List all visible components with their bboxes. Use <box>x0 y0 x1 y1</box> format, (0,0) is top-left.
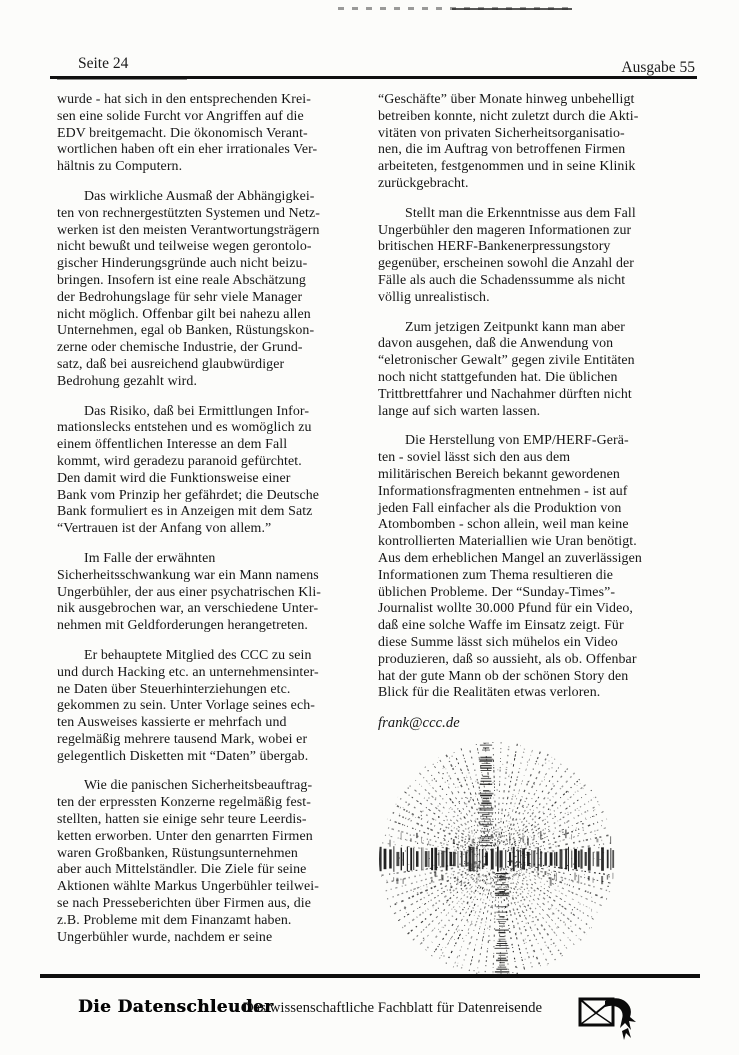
paragraph: Das Risiko, daß bei Ermittlungen Infor- … <box>57 404 366 538</box>
issue-label: Ausgabe 55 <box>621 59 695 77</box>
radial-barcode-figure <box>378 740 616 978</box>
paragraph: Die Herstellung von EMP/HERF-Gerä- ten -… <box>378 433 700 702</box>
paragraph: Wie die panischen Sicherheitsbeauftrag- … <box>57 778 366 946</box>
left-column: wurde - hat sich in den entsprechenden K… <box>57 92 366 978</box>
datenschleuder-logo-icon <box>578 992 644 1049</box>
paragraph: Er behauptete Mitglied des CCC zu sein u… <box>57 648 366 766</box>
radial-barcode-image <box>378 740 616 978</box>
scan-artifact-dash-dark <box>452 8 572 10</box>
paragraph: “Geschäfte” über Monate hinweg unbehelli… <box>378 92 700 193</box>
paragraph: Stellt man die Erkenntnisse aus dem Fall… <box>378 206 700 307</box>
paragraph: Im Falle der erwähnten Sicherheitsschwan… <box>57 551 366 635</box>
article-body: wurde - hat sich in den entsprechenden K… <box>57 92 700 978</box>
right-column: “Geschäfte” über Monate hinweg unbehelli… <box>378 92 700 978</box>
header-rule-shadow <box>57 79 187 80</box>
paragraph: Das wirkliche Ausmaß der Abhängigkei- te… <box>57 189 366 391</box>
author-email-byline: frank@ccc.de <box>378 715 700 732</box>
magazine-tagline: Das wissenschaftliche Fachblatt für Date… <box>243 1000 542 1017</box>
paragraph: wurde - hat sich in den entsprechenden K… <box>57 92 366 176</box>
scanned-page: Seite 24 Ausgabe 55 wurde - hat sich in … <box>0 0 739 1055</box>
page-number-label: Seite 24 <box>78 55 128 73</box>
paragraph: Zum jetzigen Zeitpunkt kann man aber dav… <box>378 320 700 421</box>
footer-rule <box>40 974 700 978</box>
